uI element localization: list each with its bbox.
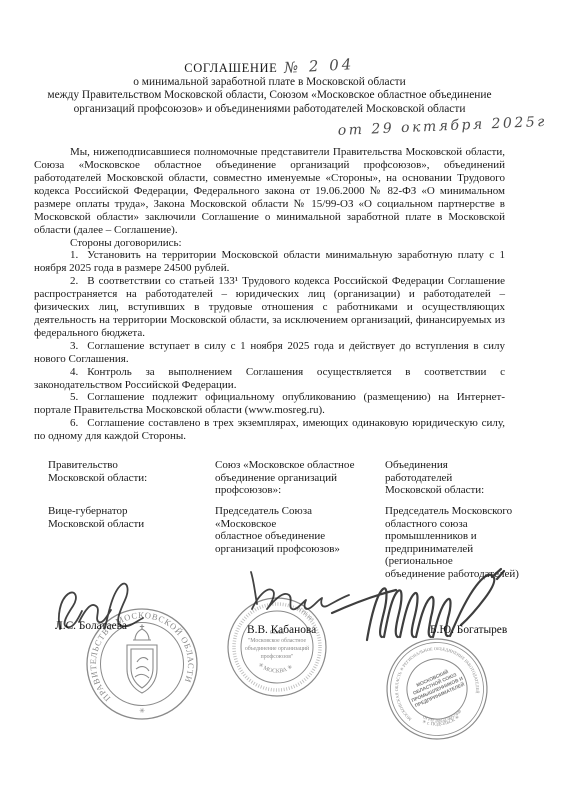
signature-kabanova bbox=[251, 572, 349, 609]
document-page: СОГЛАШЕНИЕ№ 2 04 о минимальной заработно… bbox=[0, 0, 561, 790]
signatures-layer bbox=[0, 0, 561, 790]
signatory-name-union: В.В. Кабанова bbox=[247, 624, 316, 636]
signatory-name-employers: Б.Ю. Богатырев bbox=[430, 624, 507, 636]
signatory-name-government: Л.С. Болатаева bbox=[55, 620, 127, 632]
